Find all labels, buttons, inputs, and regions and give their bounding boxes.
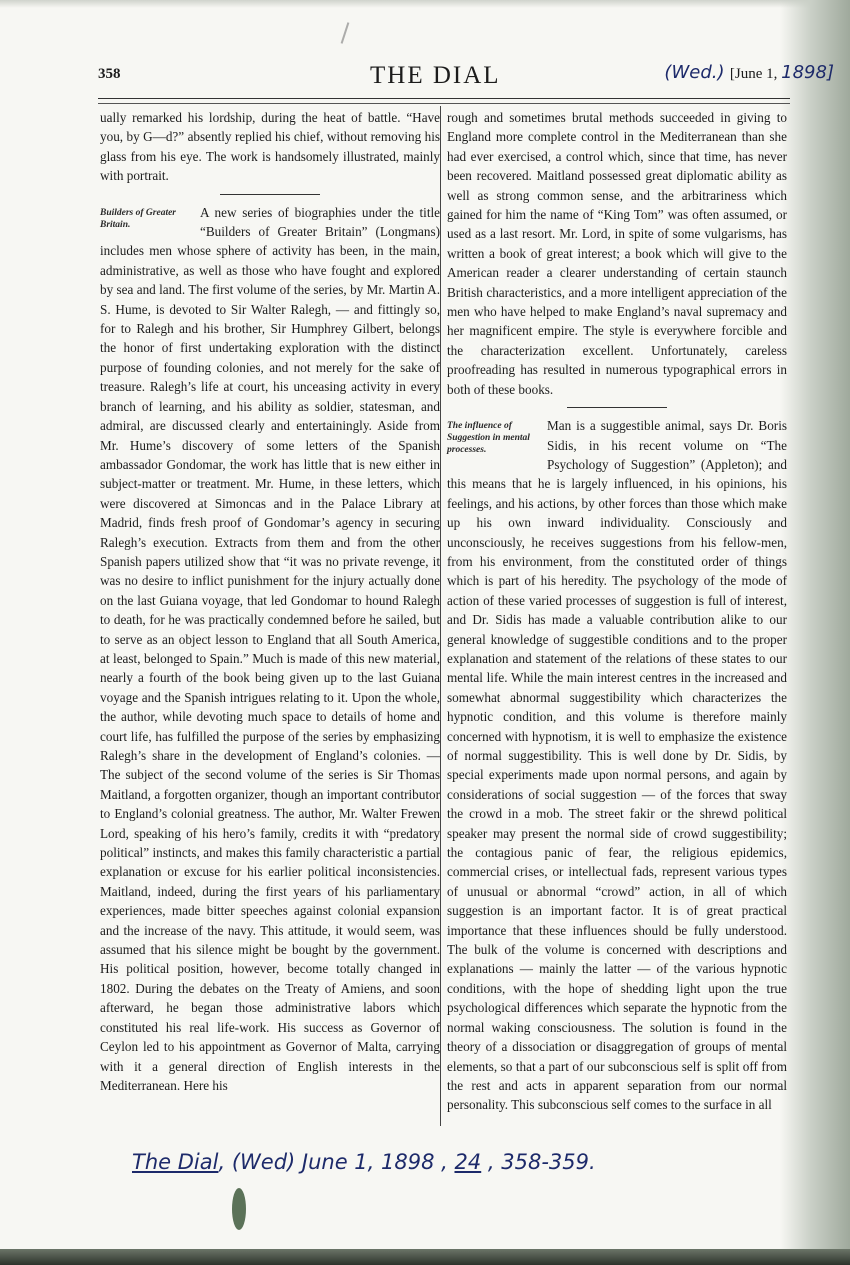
citation-separator: , <box>481 1150 501 1174</box>
review-psychology-of-suggestion: The influence of Suggestion in mental pr… <box>447 416 787 1115</box>
handwritten-citation: The Dial, (Wed) June 1, 1898 , 24 , 358-… <box>132 1150 596 1174</box>
stray-pencil-mark <box>341 22 350 44</box>
section-rule <box>567 407 667 408</box>
handwritten-day-note: (Wed.) <box>664 62 724 83</box>
review-text: A new series of biographies under the ti… <box>100 203 440 1096</box>
header-double-rule <box>98 98 790 104</box>
handwritten-year-note: 1898] <box>781 62 834 83</box>
continued-paragraph: ually remarked his lordship, during the … <box>100 108 440 186</box>
column-divider <box>440 106 441 1126</box>
journal-title: THE DIAL <box>370 62 501 90</box>
right-column: rough and sometimes brutal methods succe… <box>447 108 787 1115</box>
page-header: 358 THE DIAL (Wed.) [June 1, 1898] <box>98 62 838 92</box>
citation-separator: , <box>218 1150 231 1174</box>
scan-edge-right <box>780 0 850 1265</box>
citation-separator: , <box>434 1150 454 1174</box>
issue-date: (Wed.) [June 1, 1898] <box>664 62 834 83</box>
continued-paragraph: rough and sometimes brutal methods succe… <box>447 108 787 399</box>
margin-note-builders: Builders of Greater Britain. <box>100 207 192 231</box>
review-builders-of-greater-britain: Builders of Greater Britain. A new serie… <box>100 203 440 1096</box>
citation-title: The Dial <box>132 1150 218 1174</box>
section-rule <box>220 194 320 195</box>
printed-date: [June 1, <box>730 66 781 82</box>
review-text: Man is a suggestible animal, says Dr. Bo… <box>447 416 787 1115</box>
margin-note-suggestion: The influence of Suggestion in mental pr… <box>447 420 539 456</box>
scan-edge-top <box>0 0 850 8</box>
citation-volume: 24 <box>454 1150 481 1174</box>
ink-smudge <box>232 1188 246 1230</box>
citation-date: (Wed) June 1, 1898 <box>232 1150 435 1174</box>
left-column: ually remarked his lordship, during the … <box>100 108 440 1095</box>
citation-pages: 358-359. <box>501 1150 595 1174</box>
page-number: 358 <box>98 66 121 83</box>
scan-edge-bottom <box>0 1249 850 1265</box>
